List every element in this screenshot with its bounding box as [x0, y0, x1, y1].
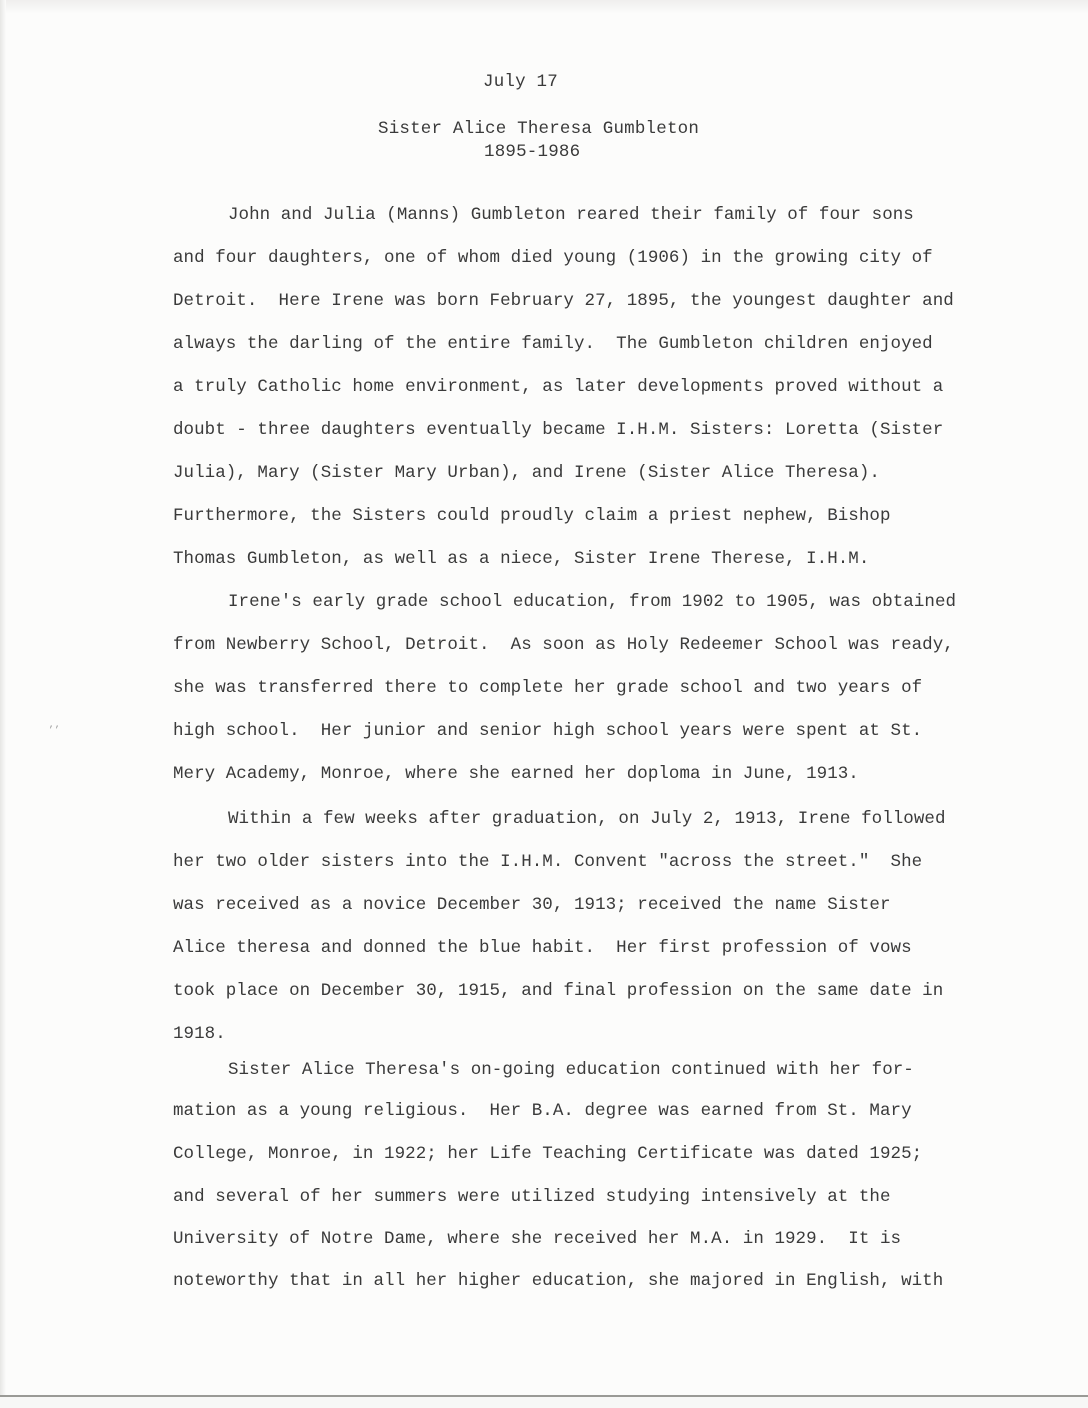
paragraph-1-line-1: John and Julia (Manns) Gumbleton reared …: [228, 204, 914, 226]
paragraph-3-line-4: Alice theresa and donned the blue habit.…: [173, 937, 912, 959]
stray-ink-mark: ’’: [48, 726, 60, 737]
paragraph-2-line-2: from Newberry School, Detroit. As soon a…: [173, 634, 954, 656]
paragraph-3-line-2: her two older sisters into the I.H.M. Co…: [173, 851, 922, 873]
paragraph-4-line-3: College, Monroe, in 1922; her Life Teach…: [173, 1143, 922, 1165]
document-years: 1895-1986: [484, 142, 580, 162]
document-date: July 17: [0, 72, 1088, 92]
paragraph-3-line-1: Within a few weeks after graduation, on …: [228, 808, 946, 830]
paragraph-3-line-3: was received as a novice December 30, 19…: [173, 894, 891, 916]
typewritten-page: July 17 Sister Alice Theresa Gumbleton 1…: [0, 0, 1088, 1408]
top-bleed-through: [0, 0, 1088, 14]
paragraph-2-line-3: she was transferred there to complete he…: [173, 677, 922, 699]
paragraph-4-line-5: University of Notre Dame, where she rece…: [173, 1228, 901, 1250]
paragraph-2-line-5: Mery Academy, Monroe, where she earned h…: [173, 763, 859, 785]
paragraph-2-line-4: high school. Her junior and senior high …: [173, 720, 922, 742]
paragraph-1-line-2: and four daughters, one of whom died you…: [173, 247, 933, 269]
paragraph-1-line-3: Detroit. Here Irene was born February 27…: [173, 290, 954, 312]
paragraph-4-line-6: noteworthy that in all her higher educat…: [173, 1270, 943, 1292]
paragraph-3-line-6: 1918.: [173, 1023, 226, 1045]
page-left-edge: [0, 0, 6, 1396]
paragraph-4-line-4: and several of her summers were utilized…: [173, 1186, 891, 1208]
paragraph-2-line-1: Irene's early grade school education, fr…: [228, 591, 956, 613]
paragraph-3-line-5: took place on December 30, 1915, and fin…: [173, 980, 943, 1002]
paragraph-4-line-1: Sister Alice Theresa's on-going educatio…: [228, 1059, 914, 1081]
paragraph-1-line-9: Thomas Gumbleton, as well as a niece, Si…: [173, 548, 869, 570]
paragraph-4-line-2: mation as a young religious. Her B.A. de…: [173, 1100, 912, 1122]
paragraph-1-line-6: doubt - three daughters eventually becam…: [173, 419, 943, 441]
paragraph-1-line-5: a truly Catholic home environment, as la…: [173, 376, 943, 398]
paragraph-1-line-4: always the darling of the entire family.…: [173, 333, 933, 355]
document-title: Sister Alice Theresa Gumbleton: [378, 119, 699, 139]
paragraph-1-line-8: Furthermore, the Sisters could proudly c…: [173, 505, 891, 527]
scan-background: [0, 1397, 1088, 1408]
paragraph-1-line-7: Julia), Mary (Sister Mary Urban), and Ir…: [173, 462, 880, 484]
